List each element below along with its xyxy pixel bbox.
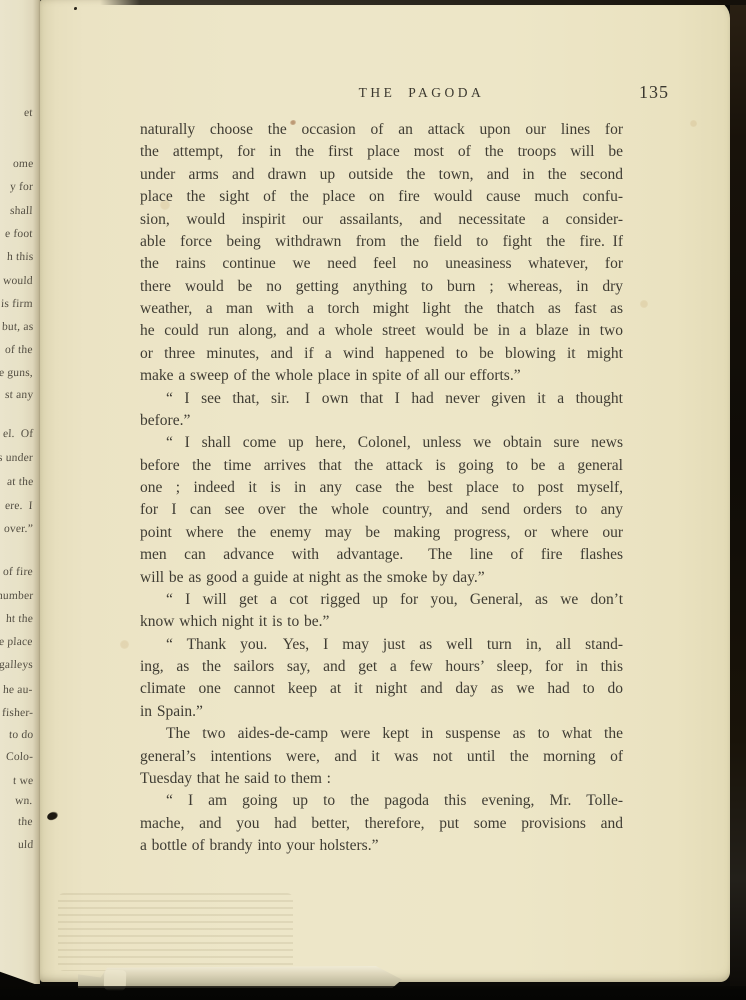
gutter-fragment: el. Of: [2, 428, 33, 440]
text-line: before.”: [140, 410, 623, 432]
gutter-fragment: but, as: [1, 321, 33, 333]
gutter-fragment: of fire: [3, 566, 33, 578]
gutter-fragment: t we: [12, 775, 33, 787]
page-number: 135: [639, 82, 669, 103]
text-line: able force being withdrawn from the fiel…: [140, 231, 623, 253]
gutter-fragment: wn.: [15, 795, 33, 807]
gutter-fragment: ome: [12, 158, 33, 170]
text-line: the rains continue we need feel no uneas…: [140, 253, 623, 275]
gutter-fragment: number: [0, 590, 33, 602]
page-edges-stack: [78, 966, 402, 988]
text-line: make a sweep of the whole place in spite…: [140, 365, 623, 387]
text-line: know which night it is to be.”: [140, 611, 623, 633]
gutter-fragment: uld: [17, 839, 33, 851]
top-board-edge: [100, 0, 746, 5]
running-head: THE PAGODA 135: [180, 85, 663, 101]
text-line: for I can see over the whole country, an…: [140, 499, 623, 521]
text-line: sion, would inspirit our assailants, and…: [140, 209, 623, 231]
gutter-fragment: at the: [6, 476, 33, 488]
text-line: a bottle of brandy into your holsters.”: [140, 835, 623, 857]
gutter-fragment: s under: [0, 452, 33, 464]
gutter-fragment: is firm: [1, 298, 33, 310]
text-line: “ I am going up to the pagoda this eveni…: [140, 790, 623, 812]
gutter-fragment: e foot: [5, 228, 33, 240]
text-line: mache, and you had better, therefore, pu…: [140, 813, 623, 835]
text-line: Tuesday that he said to them :: [140, 768, 623, 790]
running-title: THE PAGODA: [180, 85, 663, 101]
scan-streaks: [58, 893, 293, 971]
foxing-spot: [690, 120, 697, 127]
text-line: place the sight of the place on fire wou…: [140, 186, 623, 208]
text-line: climate one cannot keep at it night and …: [140, 678, 623, 700]
book-scan-page: etomey forshalle footh thiswouldis firmb…: [0, 0, 746, 1000]
gutter-fragment: galleys: [0, 659, 33, 671]
gutter-fragment: over.”: [4, 523, 34, 535]
text-line: The two aides-de-camp were kept in suspe…: [140, 723, 623, 745]
gutter-fragment: fisher-: [1, 707, 33, 719]
text-line: “ I shall come up here, Colonel, unless …: [140, 432, 623, 454]
text-line: “ I see that, sir. I own that I had neve…: [140, 388, 623, 410]
text-line: general’s intentions were, and it was no…: [140, 746, 623, 768]
text-line: one ; indeed it is in any case the best …: [140, 477, 623, 499]
gutter-fragment: Colo-: [5, 751, 33, 763]
right-board-edge: [730, 0, 746, 1000]
gutter-fragment: of the: [5, 344, 33, 356]
facing-page-edge: etomey forshalle footh thiswouldis firmb…: [0, 0, 40, 984]
bottom-board-edge: [0, 986, 746, 1000]
gutter-fragment: ht the: [6, 613, 34, 625]
gutter-fragment: he au-: [3, 684, 33, 696]
gutter-text-fragments: etomey forshalle footh thiswouldis firmb…: [0, 0, 37, 900]
gutter-fragment: would: [3, 275, 33, 287]
gutter-fragment: e place: [0, 636, 33, 648]
text-line: point where the enemy may be making prog…: [140, 522, 623, 544]
text-line: he could run along, and a whole street w…: [140, 320, 623, 342]
text-line: “ I will get a cot rigged up for you, Ge…: [140, 589, 623, 611]
foxing-spot: [120, 640, 129, 649]
text-line: weather, a man with a torch might light …: [140, 298, 623, 320]
text-line: “ Thank you. Yes, I may just as well tur…: [140, 634, 623, 656]
text-line: under arms and drawn up outside the town…: [140, 164, 623, 186]
gutter-fragment: et: [24, 107, 33, 119]
text-line: or three minutes, and if a wind happened…: [140, 343, 623, 365]
text-line: the attempt, for in the first place most…: [140, 141, 623, 163]
text-line: in Spain.”: [140, 701, 623, 723]
gutter-fragment: to do: [8, 729, 33, 741]
gutter-fragment: st any: [4, 389, 33, 401]
gutter-fragment: e guns,: [0, 367, 33, 379]
body-text: naturally choose the occasion of an atta…: [140, 119, 623, 857]
gutter-fragment: ere. I: [5, 500, 33, 512]
foxing-spot: [640, 300, 648, 308]
text-line: men can advance with advantage. The line…: [140, 544, 623, 566]
text-line: there would be no getting anything to bu…: [140, 276, 623, 298]
gutter-fragment: shall: [10, 205, 33, 217]
text-line: will be as good a guide at night as the …: [140, 567, 623, 589]
gutter-fragment: y for: [10, 181, 34, 193]
gutter-fragment: h this: [6, 251, 33, 263]
text-line: naturally choose the occasion of an atta…: [140, 119, 623, 141]
text-line: before the time arrives that the attack …: [140, 455, 623, 477]
gutter-fragment: the: [18, 816, 33, 828]
text-line: ing, as the sailors say, and get a few h…: [140, 656, 623, 678]
